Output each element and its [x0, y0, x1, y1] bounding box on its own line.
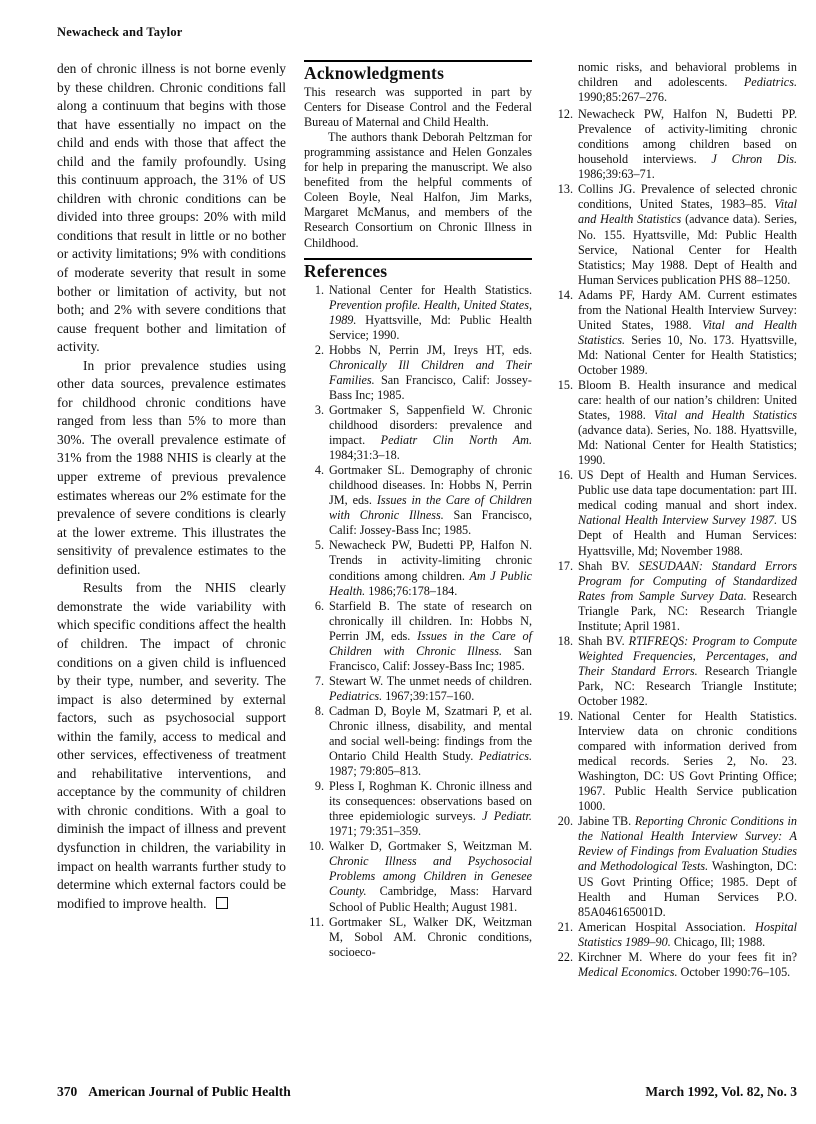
reference-list-column3: 12.Newacheck PW, Halfon N, Budetti PP. P…	[552, 107, 797, 980]
reference-italic-text: J Chron Dis.	[711, 152, 797, 166]
body-text-column: den of chronic illness is not borne even…	[57, 60, 286, 913]
reference-text: Jabine TB.	[578, 814, 635, 828]
reference-text: Hyattsville, Md: Public Health Service; …	[329, 313, 532, 342]
reference-number: 9.	[304, 779, 324, 794]
reference-text: 1990;85:267–276.	[578, 90, 667, 104]
end-of-article-square-icon	[216, 897, 228, 909]
reference-number: 12.	[552, 107, 573, 122]
reference-item: 15.Bloom B. Health insurance and medical…	[552, 378, 797, 468]
reference-number: 16.	[552, 468, 573, 483]
references-continued-column: nomic risks, and behavioral problems in …	[552, 60, 797, 980]
reference-number: 4.	[304, 463, 324, 478]
body-paragraph: Results from the NHIS clearly demonstrat…	[57, 579, 286, 913]
reference-item: 14.Adams PF, Hardy AM. Current estimates…	[552, 288, 797, 378]
reference-number: 17.	[552, 559, 573, 574]
reference-item: 18.Shah BV. RTIFREQS: Program to Compute…	[552, 634, 797, 709]
reference-text: National Center for Health Statistics. I…	[578, 709, 797, 813]
reference-number: 21.	[552, 920, 573, 935]
reference-number: 6.	[304, 599, 324, 614]
reference-item: 13.Collins JG. Prevalence of selected ch…	[552, 182, 797, 287]
reference-number: 7.	[304, 674, 324, 689]
acknowledgments-references-column: Acknowledgments This research was suppor…	[304, 60, 532, 960]
acknowledgments-paragraph: The authors thank Deborah Peltzman for p…	[304, 130, 532, 250]
reference-italic-text: J Pediatr.	[482, 809, 532, 823]
reference-italic-text: Pediatrics.	[744, 75, 797, 89]
reference-number: 3.	[304, 403, 324, 418]
reference-italic-text: Vital and Health Statistics	[654, 408, 797, 422]
reference-item: 11.Gortmaker SL, Walker DK, Weitzman M, …	[304, 915, 532, 960]
reference-text: 1984;31:3–18.	[329, 448, 400, 462]
reference-item: 12.Newacheck PW, Halfon N, Budetti PP. P…	[552, 107, 797, 182]
reference-item: 8.Cadman D, Boyle M, Szatmari P, et al. …	[304, 704, 532, 779]
reference-text: 1967;39:157–160.	[382, 689, 474, 703]
reference-text: Hobbs N, Perrin JM, Ireys HT, eds.	[329, 343, 532, 357]
reference-item: 9.Pless I, Roghman K. Chronic illness an…	[304, 779, 532, 839]
reference-text: 1987; 79:805–813.	[329, 764, 421, 778]
section-divider-rule	[304, 60, 532, 62]
reference-text: Kirchner M. Where do your fees fit in?	[578, 950, 797, 964]
reference-number: 22.	[552, 950, 573, 965]
body-paragraph: den of chronic illness is not borne even…	[57, 60, 286, 357]
reference-number: 5.	[304, 538, 324, 553]
reference-item: 22.Kirchner M. Where do your fees fit in…	[552, 950, 797, 980]
acknowledgments-heading: Acknowledgments	[304, 66, 532, 81]
footer-journal-title: American Journal of Public Health	[88, 1084, 291, 1099]
reference-text: 1986;39:63–71.	[578, 167, 655, 181]
reference-text: Shah BV.	[578, 559, 639, 573]
reference-text: National Center for Health Statistics.	[329, 283, 532, 297]
reference-number: 8.	[304, 704, 324, 719]
reference-italic-text: Pediatrics.	[479, 749, 532, 763]
acknowledgments-paragraph: This research was supported in part by C…	[304, 85, 532, 130]
reference-item: 20.Jabine TB. Reporting Chronic Conditio…	[552, 814, 797, 919]
reference-item: 21.American Hospital Association. Hospit…	[552, 920, 797, 950]
reference-text: Walker D, Gortmaker S, Weitzman M.	[329, 839, 532, 853]
reference-number: 18.	[552, 634, 573, 649]
reference-number: 10.	[304, 839, 324, 854]
footer-page-number: 370	[57, 1084, 77, 1099]
reference-list-column2: 1.National Center for Health Statistics.…	[304, 283, 532, 960]
reference-italic-text: Pediatr Clin North Am.	[381, 433, 532, 447]
reference-item: 10.Walker D, Gortmaker S, Weitzman M. Ch…	[304, 839, 532, 914]
reference-item: 19.National Center for Health Statistics…	[552, 709, 797, 814]
section-divider-rule	[304, 258, 532, 260]
reference-number: 2.	[304, 343, 324, 358]
reference-text: (advance data). Series, No. 188. Hyattsv…	[578, 423, 797, 467]
reference-text: Stewart W. The unmet needs of children.	[329, 674, 532, 688]
reference-number: 13.	[552, 182, 573, 197]
running-head: Newacheck and Taylor	[57, 25, 183, 40]
reference-item: 6.Starfield B. The state of research on …	[304, 599, 532, 674]
reference-italic-text: Medical Economics.	[578, 965, 678, 979]
reference-text: US Dept of Health and Human Services. Pu…	[578, 468, 797, 512]
reference-number: 19.	[552, 709, 573, 724]
reference-text: 1986;76:178–184.	[365, 584, 457, 598]
journal-page: Newacheck and Taylor den of chronic illn…	[0, 0, 816, 1124]
reference-number: 11.	[304, 915, 324, 930]
reference-text: Gortmaker SL, Walker DK, Weitzman M, Sob…	[329, 915, 532, 959]
reference-text: Shah BV.	[578, 634, 629, 648]
reference-italic-text: National Health Interview Survey 1987.	[578, 513, 777, 527]
reference-item: 4.Gortmaker SL. Demography of chronic ch…	[304, 463, 532, 538]
reference-text: 1971; 79:351–359.	[329, 824, 421, 838]
reference-item: 5.Newacheck PW, Budetti PP, Halfon N. Tr…	[304, 538, 532, 598]
reference-item: 16.US Dept of Health and Human Services.…	[552, 468, 797, 558]
reference-number: 20.	[552, 814, 573, 829]
reference-item: 7.Stewart W. The unmet needs of children…	[304, 674, 532, 704]
body-paragraph: In prior prevalence studies using other …	[57, 357, 286, 580]
footer-left: 370American Journal of Public Health	[57, 1084, 291, 1100]
reference-number: 15.	[552, 378, 573, 393]
reference-item: 3.Gortmaker S, Sappenfield W. Chronic ch…	[304, 403, 532, 463]
reference-number: 1.	[304, 283, 324, 298]
reference-text: American Hospital Association.	[578, 920, 755, 934]
reference-text: October 1990:76–105.	[678, 965, 791, 979]
reference-continuation: nomic risks, and behavioral problems in …	[552, 60, 797, 105]
reference-item: 1.National Center for Health Statistics.…	[304, 283, 532, 343]
reference-number: 14.	[552, 288, 573, 303]
reference-text: Collins JG. Prevalence of selected chron…	[578, 182, 797, 211]
footer-issue-info: March 1992, Vol. 82, No. 3	[645, 1084, 797, 1100]
reference-item: 2.Hobbs N, Perrin JM, Ireys HT, eds. Chr…	[304, 343, 532, 403]
reference-item: 17.Shah BV. SESUDAAN: Standard Errors Pr…	[552, 559, 797, 634]
reference-italic-text: Pediatrics.	[329, 689, 382, 703]
acknowledgments-body: This research was supported in part by C…	[304, 85, 532, 251]
references-heading: References	[304, 264, 532, 279]
reference-text: Chicago, Ill; 1988.	[671, 935, 765, 949]
